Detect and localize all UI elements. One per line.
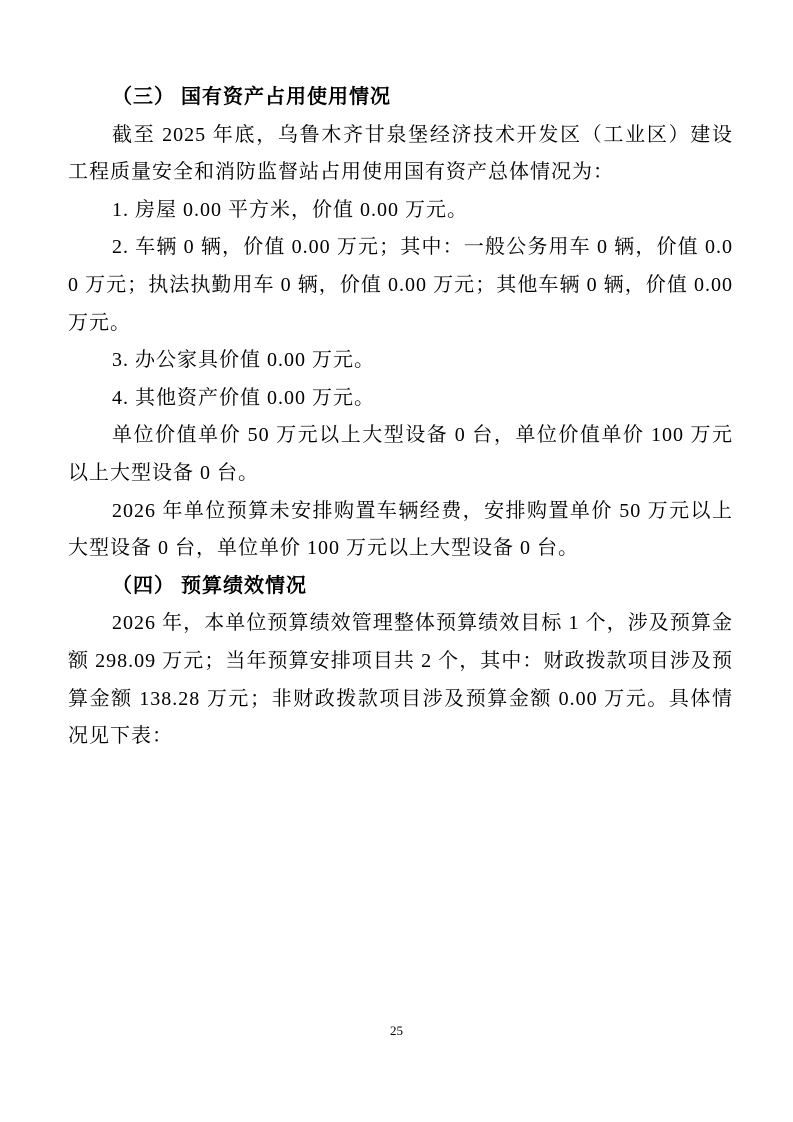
section-heading-budget-performance: （四） 预算绩效情况 — [68, 568, 733, 606]
document-body: （三） 国有资产占用使用情况 截至 2025 年底，乌鲁木齐甘泉堡经济技术开发区… — [68, 79, 733, 756]
paragraph-item-other-assets: 4. 其他资产价值 0.00 万元。 — [68, 380, 733, 418]
paragraph-item-office-furniture: 3. 办公家具价值 0.00 万元。 — [68, 342, 733, 380]
paragraph-large-equipment: 单位价值单价 50 万元以上大型设备 0 台，单位价值单价 100 万元以上大型… — [68, 417, 733, 492]
paragraph-item-vehicles: 2. 车辆 0 辆，价值 0.00 万元；其中：一般公务用车 0 辆，价值 0.… — [68, 229, 733, 342]
section-heading-state-assets: （三） 国有资产占用使用情况 — [68, 79, 733, 117]
paragraph-item-housing: 1. 房屋 0.00 平方米，价值 0.00 万元。 — [68, 192, 733, 230]
document-page: （三） 国有资产占用使用情况 截至 2025 年底，乌鲁木齐甘泉堡经济技术开发区… — [0, 0, 793, 1122]
page-number: 25 — [0, 1022, 793, 1040]
paragraph-2026-procurement: 2026 年单位预算未安排购置车辆经费，安排购置单价 50 万元以上大型设备 0… — [68, 493, 733, 568]
paragraph-assets-overview: 截至 2025 年底，乌鲁木齐甘泉堡经济技术开发区（工业区）建设工程质量安全和消… — [68, 117, 733, 192]
paragraph-budget-performance-overview: 2026 年，本单位预算绩效管理整体预算绩效目标 1 个，涉及预算金额 298.… — [68, 605, 733, 755]
